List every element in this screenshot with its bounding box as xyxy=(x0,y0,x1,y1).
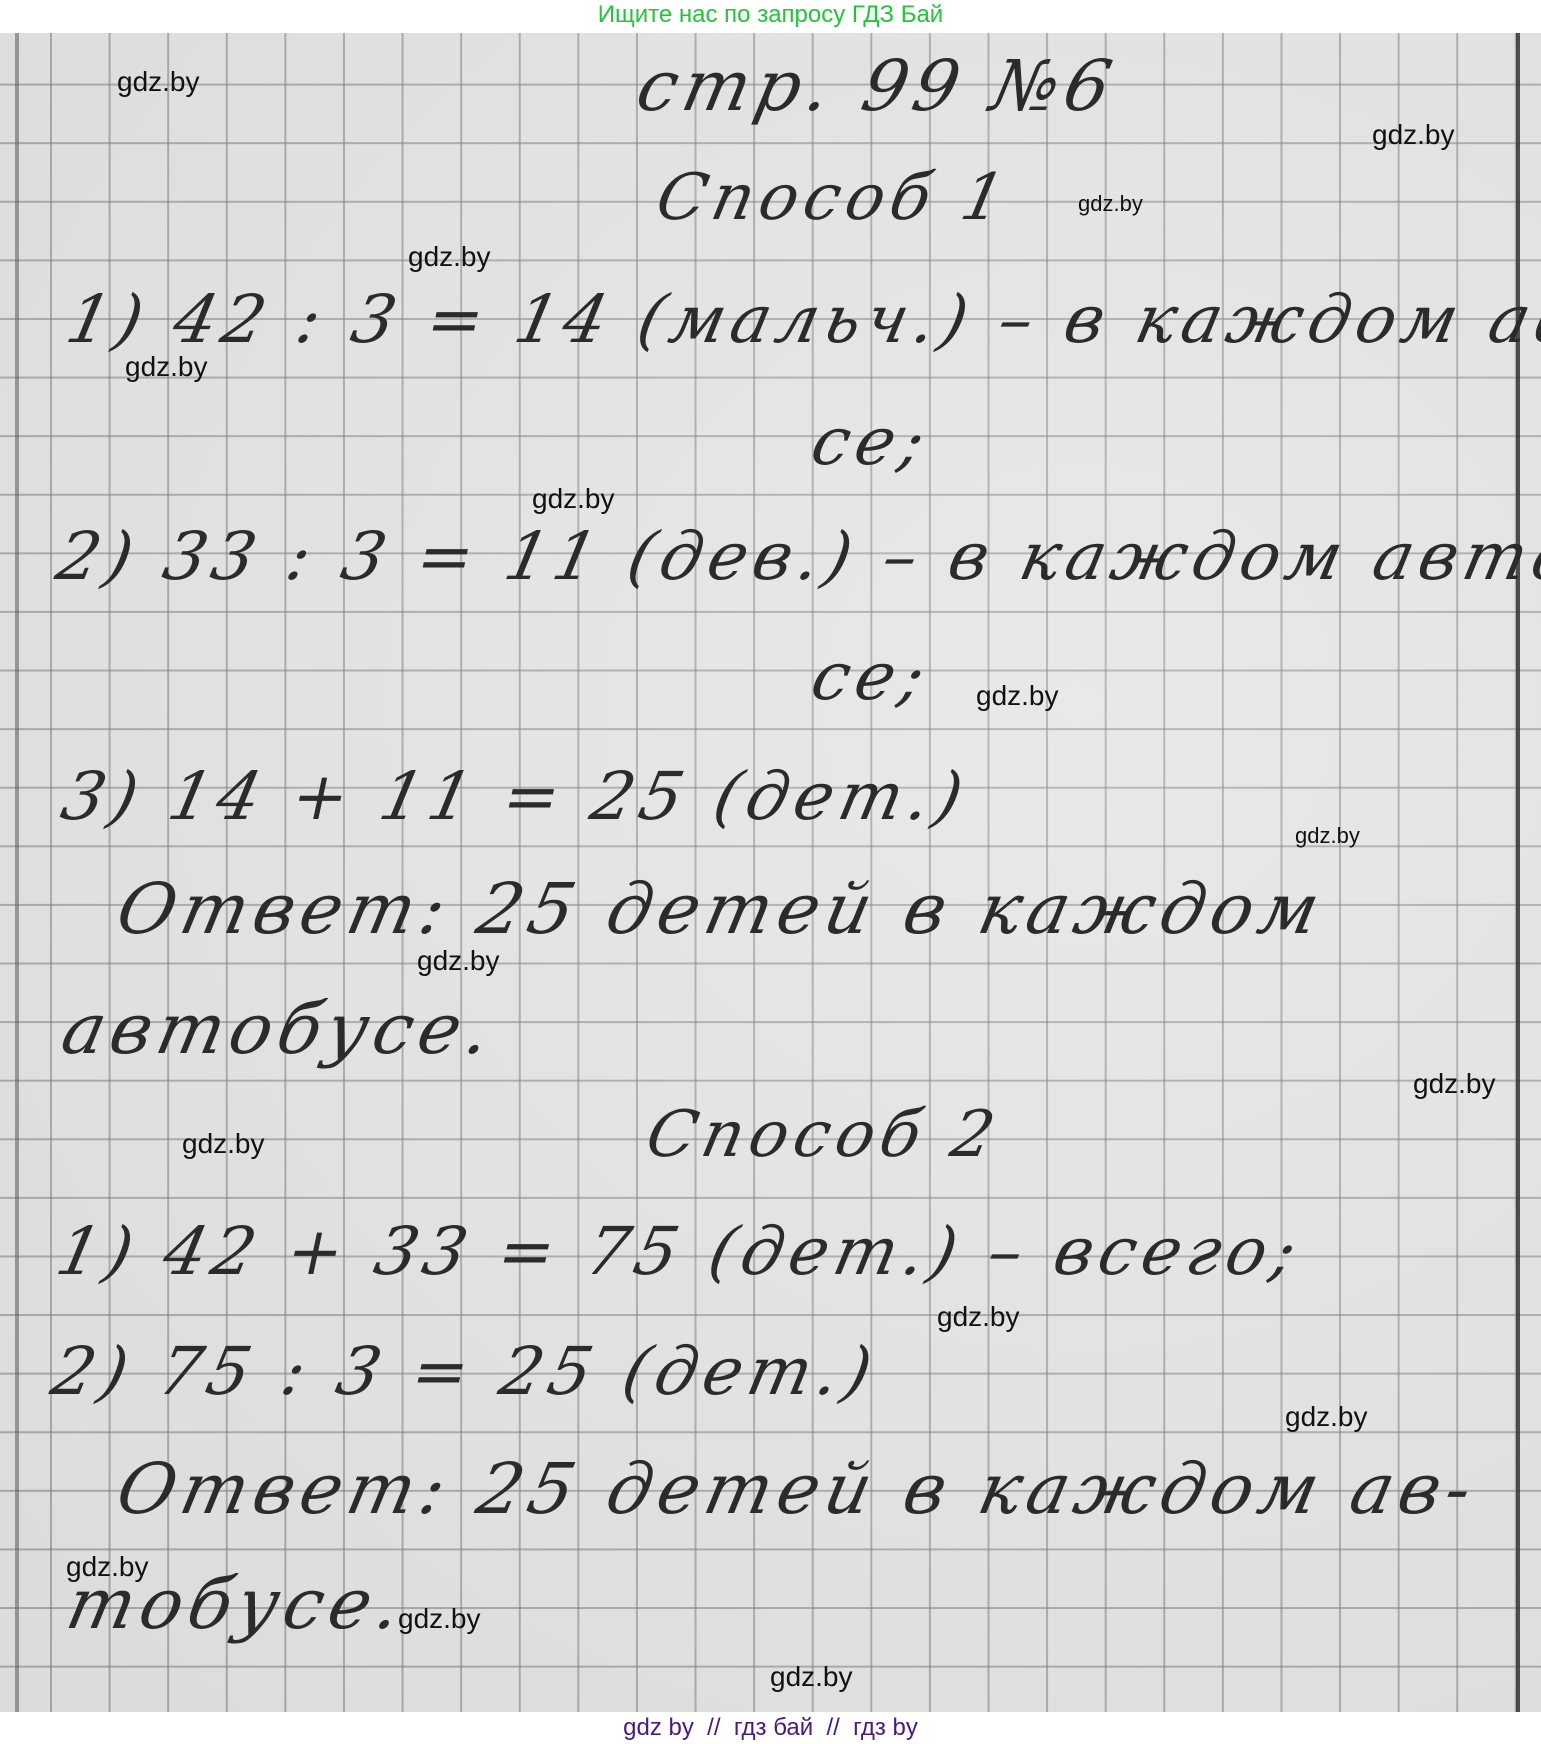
watermark: gdz.by xyxy=(937,1301,1020,1333)
top-banner: Ищите нас по запросу ГДЗ Бай xyxy=(0,0,1541,33)
watermark: gdz.by xyxy=(408,241,491,273)
watermark: gdz.by xyxy=(1078,191,1143,217)
watermark: gdz.by xyxy=(1372,119,1455,151)
top-banner-text: Ищите нас по запросу ГДЗ Бай xyxy=(598,1,943,28)
footer-text: gdz by // гдз бай // гдз by xyxy=(623,1714,918,1741)
method1-step3-line1: 3) 14 + 11 = 25 (дет.) xyxy=(55,758,975,835)
watermark: gdz.by xyxy=(532,483,615,515)
method1-answer-line1: Ответ: 25 детей в каждом xyxy=(110,868,1332,950)
method1-heading: Способ 1 xyxy=(650,161,1017,235)
method2-heading: Способ 2 xyxy=(640,1098,1007,1172)
watermark: gdz.by xyxy=(182,1128,265,1160)
method1-step2-line1: 2) 33 : 3 = 11 (дев.) – в каждом автобу- xyxy=(50,518,1541,595)
watermark: gdz.by xyxy=(125,351,208,383)
watermark: gdz.by xyxy=(398,1603,481,1635)
method1-step2-line2: се; xyxy=(805,638,938,715)
notebook-page: стр. 99 №6 Способ 1 1) 42 : 3 = 14 (маль… xyxy=(0,33,1541,1712)
footer: gdz by // гдз бай // гдз by xyxy=(0,1712,1541,1744)
method2-step2-line1: 2) 75 : 3 = 25 (дет.) xyxy=(45,1333,884,1410)
method1-step1-line1: 1) 42 : 3 = 14 (мальч.) – в каждом автоб… xyxy=(60,281,1541,358)
watermark: gdz.by xyxy=(1295,823,1360,849)
left-margin-line xyxy=(15,33,19,1712)
watermark: gdz.by xyxy=(1413,1068,1496,1100)
method2-step1-line1: 1) 42 + 33 = 75 (дет.) – всего; xyxy=(50,1213,1309,1290)
watermark: gdz.by xyxy=(117,66,200,98)
watermark: gdz.by xyxy=(770,1661,853,1693)
page-title: стр. 99 №6 xyxy=(630,45,1124,127)
watermark: gdz.by xyxy=(976,680,1059,712)
method1-answer-line2: автобусе. xyxy=(55,988,504,1070)
method2-answer-line1: Ответ: 25 детей в каждом ав- xyxy=(110,1448,1485,1530)
watermark: gdz.by xyxy=(66,1551,149,1583)
watermark: gdz.by xyxy=(1285,1401,1368,1433)
watermark: gdz.by xyxy=(417,945,500,977)
method1-step1-line2: се; xyxy=(805,403,938,480)
